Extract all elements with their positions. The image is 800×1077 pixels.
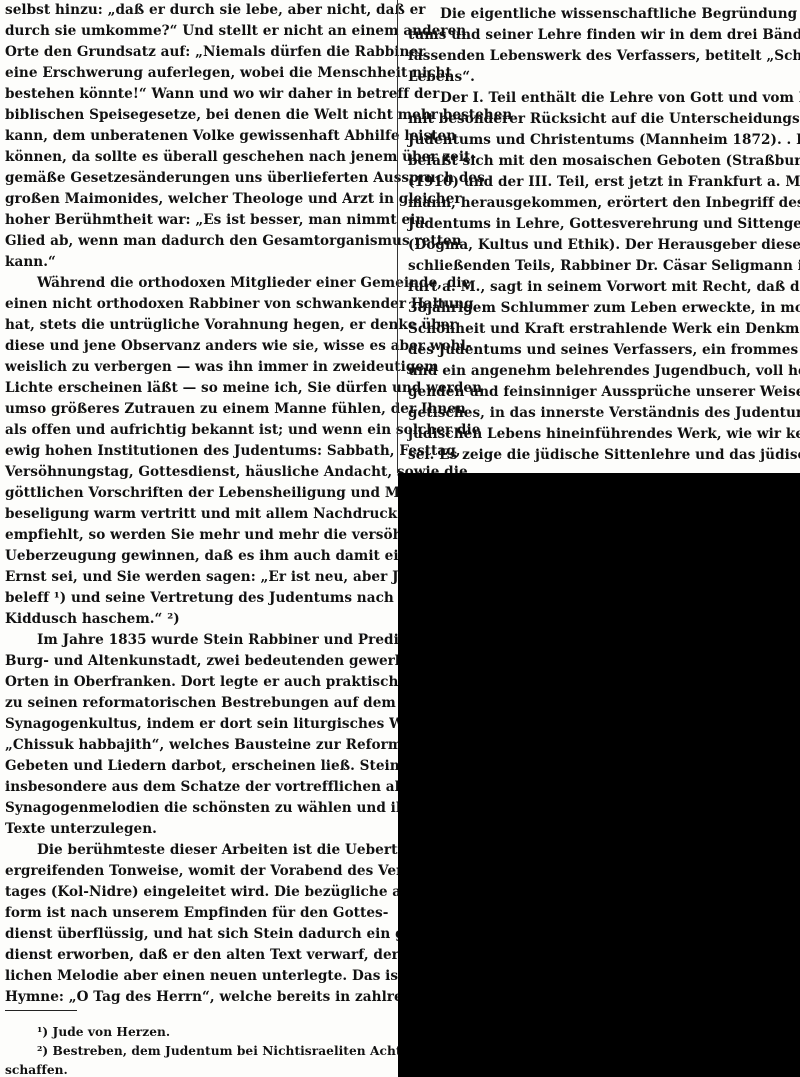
text-line: als offen und aufrichtig bekannt ist; un…: [5, 420, 388, 441]
text-line: selbst hinzu: „daß er durch sie lebe, ab…: [5, 0, 388, 21]
text-line: (Dogma, Kultus und Ethik). Der Herausgeb…: [408, 235, 793, 256]
text-line: mann, herausgekommen, erörtert den Inbeg…: [408, 193, 793, 214]
text-line: furt a. M., sagt in seinem Vorwort mit R…: [408, 277, 793, 298]
text-line: Synagogenmelodien die schönsten zu wähle…: [5, 798, 388, 819]
text-line: weislich zu verbergen — was ihn immer in…: [5, 357, 388, 378]
text-line: tums und seiner Lehre finden wir in dem …: [408, 25, 793, 46]
text-line: Versöhnungstag, Gottesdienst, häusliche …: [5, 462, 388, 483]
text-line: „Chissuk habbajith“, welches Bausteine z…: [5, 735, 388, 756]
text-line: eine Erschwerung auferlegen, wobei die M…: [5, 63, 388, 84]
text-line: lichen Melodie aber einen neuen unterleg…: [5, 966, 388, 987]
paragraph-start-line: Während die orthodoxen Mitglieder einer …: [5, 273, 388, 294]
paragraph-start-line: Die eigentliche wissenschaftliche Begrün…: [408, 4, 793, 25]
text-line: 38jährigem Schlummer zum Leben erweckte,…: [408, 298, 793, 319]
text-line: form ist nach unserem Empfinden für den …: [5, 903, 388, 924]
text-line: Ernst sei, und Sie werden sagen: „Er ist…: [5, 567, 388, 588]
text-line: jüdischen Lebens hineinführendes Werk, w…: [408, 424, 793, 445]
text-line: Gebeten und Liedern darbot, erscheinen l…: [5, 756, 388, 777]
text-line: Hymne: „O Tag des Herrn“, welche bereits…: [5, 987, 388, 1008]
text-line: Lebens“.: [408, 67, 793, 88]
text-line: tages (Kol-Nidre) eingeleitet wird. Die …: [5, 882, 388, 903]
text-line: ergreifenden Tonweise, womit der Voraben…: [5, 861, 388, 882]
text-line: hat, stets die untrügliche Vorahnung heg…: [5, 315, 388, 336]
text-line: sei. Es zeige die jüdische Sittenlehre u…: [408, 445, 793, 466]
text-line: Schönheit und Kraft erstrahlende Werk ei…: [408, 319, 793, 340]
text-line: Judentums in Lehre, Gottesverehrung und …: [408, 214, 793, 235]
text-line: umso größeres Zutrauen zu einem Manne fü…: [5, 399, 388, 420]
text-line: des Judentums und seines Verfassers, ein…: [408, 340, 793, 361]
text-line: großen Maimonides, welcher Theologe und …: [5, 189, 388, 210]
text-line: Orte den Grundsatz auf: „Niemals dürfen …: [5, 42, 388, 63]
text-line: fassenden Lebenswerk des Verfassers, bet…: [408, 46, 793, 67]
text-line: (1910) und der III. Teil, erst jetzt in …: [408, 172, 793, 193]
column-divider: [397, 0, 398, 473]
text-line: Texte unterzulegen.: [5, 819, 388, 840]
text-line: Glied ab, wenn man dadurch den Gesamtorg…: [5, 231, 388, 252]
text-line: bestehen könnte!“ Wann und wo wir daher …: [5, 84, 388, 105]
text-line: beleff ¹) und seine Vertretung des Juden…: [5, 588, 388, 609]
text-line: hoher Berühmtheit war: „Es ist besser, m…: [5, 210, 388, 231]
paragraph-start-line: Im Jahre 1835 wurde Stein Rabbiner und P…: [5, 630, 388, 651]
text-line: göttlichen Vorschriften der Lebensheilig…: [5, 483, 388, 504]
text-line: Burg- und Altenkunstadt, zwei bedeutende…: [5, 651, 388, 672]
text-line: durch sie umkomme?“ Und stellt er nicht …: [5, 21, 388, 42]
footnote-rule: [5, 1010, 77, 1011]
text-line: genden und feinsinniger Aussprüche unser…: [408, 382, 793, 403]
text-line: zu seinen reformatorischen Bestrebungen …: [5, 693, 388, 714]
text-line: mit besonderer Rücksicht auf die Untersc…: [408, 109, 793, 130]
text-line: Lichte erscheinen läßt — so meine ich, S…: [5, 378, 388, 399]
text-line: dienst erworben, daß er den alten Text v…: [5, 945, 388, 966]
text-line: befaßt sich mit den mosaischen Geboten (…: [408, 151, 793, 172]
text-line: empfiehlt, so werden Sie mehr und mehr d…: [5, 525, 388, 546]
text-line: kann, dem unberatenen Volke gewissenhaft…: [5, 126, 388, 147]
text-line: beseligung warm vertritt und mit allem N…: [5, 504, 388, 525]
text-line: insbesondere aus dem Schatze der vortref…: [5, 777, 388, 798]
text-line: dienst überflüssig, und hat sich Stein d…: [5, 924, 388, 945]
text-line: diese und jene Observanz anders wie sie,…: [5, 336, 388, 357]
text-line: Orten in Oberfranken. Dort legte er auch…: [5, 672, 388, 693]
paragraph-start-line: Der I. Teil enthält die Lehre von Gott u…: [408, 88, 793, 109]
text-line: schließenden Teils, Rabbiner Dr. Cäsar S…: [408, 256, 793, 277]
text-line: Ueberzeugung gewinnen, daß es ihm auch d…: [5, 546, 388, 567]
newspaper-page: selbst hinzu: „daß er durch sie lebe, ab…: [0, 0, 800, 1077]
text-line: ewig hohen Institutionen des Judentums: …: [5, 441, 388, 462]
text-line: kann.“: [5, 252, 388, 273]
text-line: Kiddusch haschem.“ ²): [5, 609, 388, 630]
text-line: und ein angenehm belehrendes Jugendbuch,…: [408, 361, 793, 382]
text-line: Judentums und Christentums (Mannheim 187…: [408, 130, 793, 151]
text-line: Synagogenkultus, indem er dort sein litu…: [5, 714, 388, 735]
text-line: einen nicht orthodoxen Rabbiner von schw…: [5, 294, 388, 315]
text-line: können, da sollte es überall geschehen n…: [5, 147, 388, 168]
text-line: gemäße Gesetzesänderungen uns überliefer…: [5, 168, 388, 189]
footnote-2: ²) Bestreben, dem Judentum bei Nichtisra…: [5, 1042, 388, 1061]
text-line: biblischen Speisegesetze, bei denen die …: [5, 105, 388, 126]
footnote-1: ¹) Jude von Herzen.: [5, 1023, 388, 1042]
footnote-2-continued: schaffen.: [5, 1061, 388, 1077]
paragraph-start-line: Die berühmteste dieser Arbeiten ist die …: [5, 840, 388, 861]
redacted-region: [398, 473, 800, 1077]
text-line: getisches, in das innerste Verständnis d…: [408, 403, 793, 424]
